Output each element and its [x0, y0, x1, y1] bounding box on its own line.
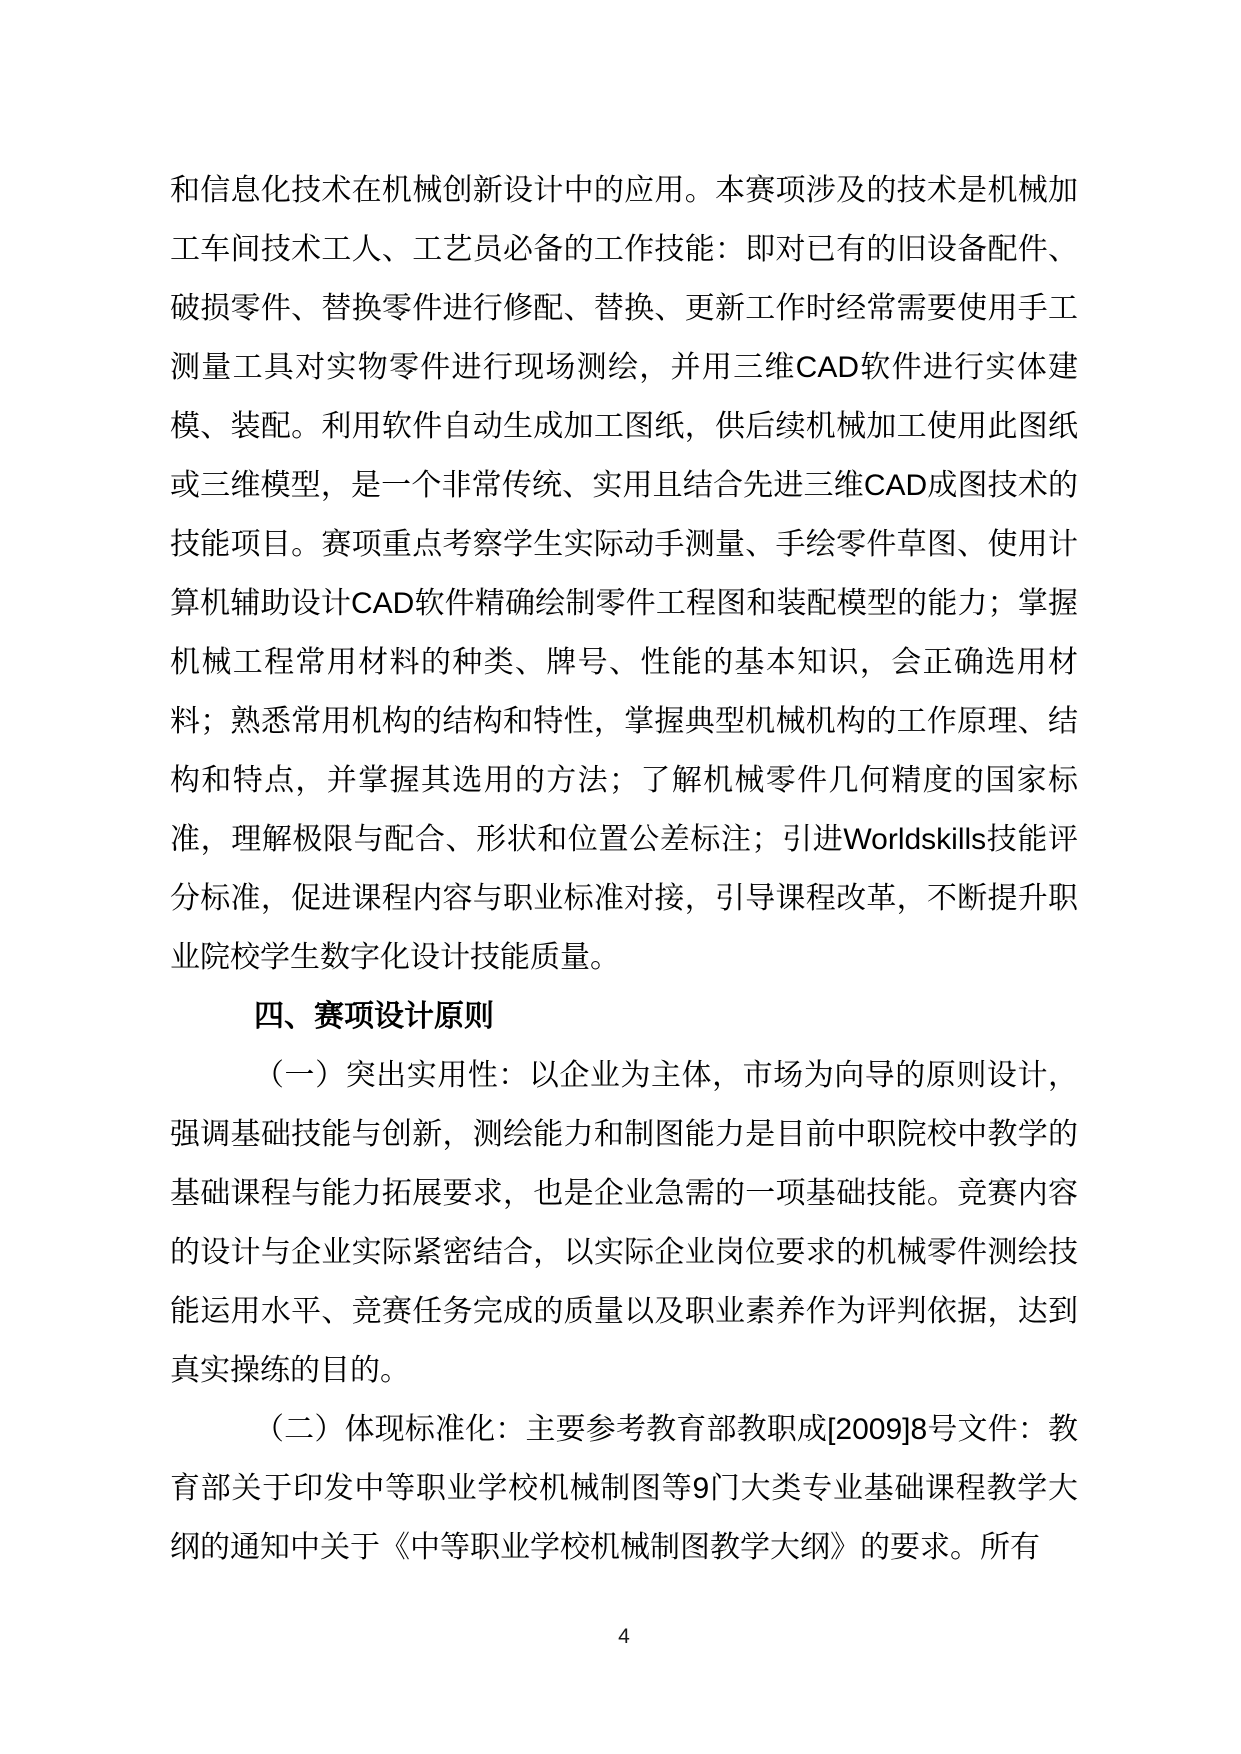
paragraph-principle-practicality: （一）突出实用性：以企业为主体，市场为向导的原则设计，强调基础技能与创新，测绘能…: [170, 1046, 1078, 1400]
document-page: 和信息化技术在机械创新设计中的应用。本赛项涉及的技术是机械加工车间技术工人、工艺…: [0, 0, 1241, 1754]
section-heading-design-principles: 四、赛项设计原则: [170, 987, 1078, 1046]
paragraph-overview-continuation: 和信息化技术在机械创新设计中的应用。本赛项涉及的技术是机械加工车间技术工人、工艺…: [170, 161, 1078, 987]
document-body: 和信息化技术在机械创新设计中的应用。本赛项涉及的技术是机械加工车间技术工人、工艺…: [170, 161, 1078, 1577]
paragraph-principle-standardization: （二）体现标准化：主要参考教育部教职成[2009]8号文件：教育部关于印发中等职…: [170, 1400, 1078, 1577]
page-number: 4: [170, 1624, 1078, 1650]
